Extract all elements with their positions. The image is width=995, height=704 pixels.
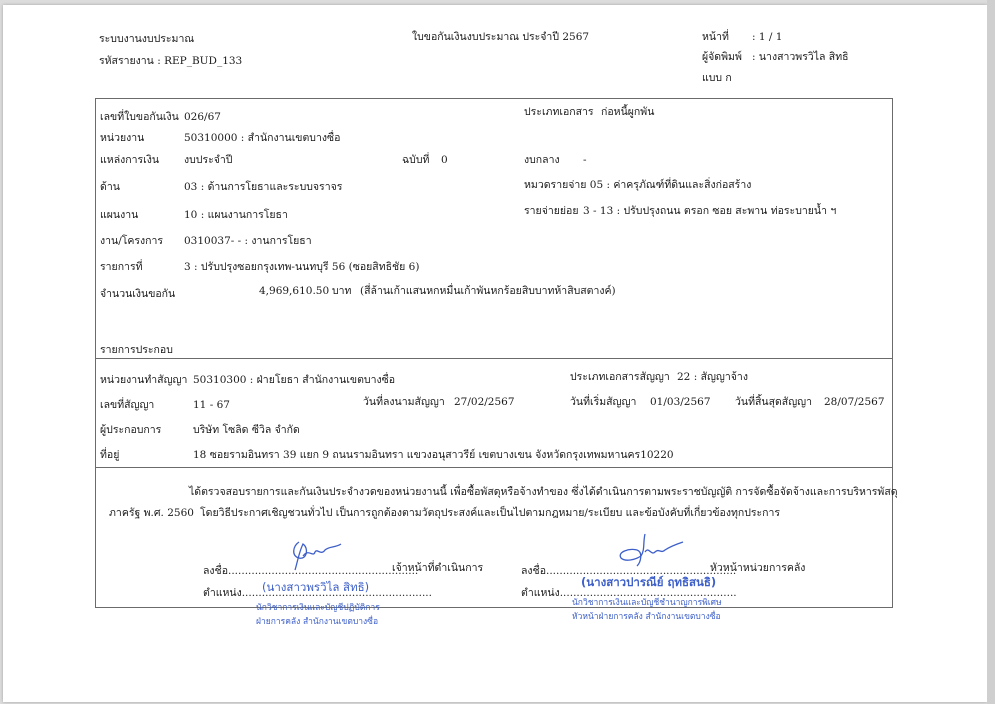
form-type: แบบ ก (702, 72, 732, 85)
section-divider (95, 358, 892, 359)
fund-source-label: แหล่งการเงิน (100, 154, 159, 167)
sign-date: 27/02/2567 (454, 396, 515, 409)
role-right: หัวหน้าหน่วยการคลัง (710, 562, 805, 575)
sub-expense: 3 - 13 : ปรับปรุงถนน ตรอก ซอย สะพาน ท่อร… (583, 205, 836, 218)
request-no: 026/67 (184, 111, 221, 124)
section-divider (95, 467, 892, 468)
signer-name-right: (นางสาวปารณีย์ ฤทธิสนธิ) (581, 576, 716, 589)
document-title: ใบขอกันเงินงบประมาณ ประจำปี 2567 (412, 31, 589, 44)
contract-agency-label: หน่วยงานทำสัญญา (100, 374, 187, 387)
start-date: 01/03/2567 (650, 396, 711, 409)
certification-line-2: โดยวิธีประกาศเชิญชวนทั่วไป เป็นการถูกต้อ… (200, 507, 780, 520)
role-left: เจ้าหน้าที่ดำเนินการ (392, 562, 483, 575)
contractor: บริษัท โซลิด ซีวิล จำกัด (193, 424, 300, 437)
contract-no: 11 - 67 (193, 399, 230, 412)
contract-doc-type-label: ประเภทเอกสารสัญญา (570, 371, 670, 384)
amount-words: (สี่ล้านเก้าแสนหกหมื่นเก้าพันหกร้อยสิบบา… (360, 285, 616, 298)
viewer-edge (987, 0, 995, 704)
page-label: หน้าที่ (702, 31, 729, 44)
item: 3 : ปรับปรุงซอยกรุงเทพ-นนทบุรี 56 (ซอยสิ… (184, 261, 419, 274)
end-date: 28/07/2567 (824, 396, 885, 409)
fund-source: งบประจำปี (184, 154, 232, 167)
plan: 10 : แผนงานการโยธา (184, 209, 288, 222)
signer-name-left: (นางสาวพรวิไล สิทธิ) (262, 581, 369, 594)
certification-line-2-prefix: ภาครัฐ พ.ศ. 2560 (109, 507, 194, 520)
project: 0310037- - : งานการโยธา (184, 235, 312, 248)
amount-label: จำนวนเงินขอกัน (100, 288, 175, 301)
central-budget-label: งบกลาง (524, 154, 560, 167)
stamp-right-line-2: หัวหน้าฝ่ายการคลัง สำนักงานเขตบางซื่อ (572, 611, 721, 624)
address-label: ที่อยู่ (100, 449, 119, 462)
form-frame (95, 98, 893, 608)
agency-label: หน่วยงาน (100, 132, 144, 145)
aspect-label: ด้าน (100, 181, 120, 194)
contract-agency: 50310300 : ฝ่ายโยธา สำนักงานเขตบางซื่อ (193, 374, 395, 387)
request-no-label: เลขที่ใบขอกันเงิน (100, 111, 179, 124)
sub-expense-label: รายจ่ายย่อย (524, 205, 579, 218)
stamp-right-line-1: นักวิชาการเงินและบัญชีชำนาญการพิเศษ (572, 597, 722, 610)
agency: 50310000 : สำนักงานเขตบางซื่อ (184, 132, 340, 145)
stamp-left-line-2: ฝ่ายการคลัง สำนักงานเขตบางซื่อ (256, 616, 378, 629)
amount: 4,969,610.50 (259, 285, 329, 298)
contractor-label: ผู้ประกอบการ (100, 424, 161, 437)
stamp-left-line-1: นักวิชาการเงินและบัญชีปฏิบัติการ (256, 602, 380, 615)
item-label: รายการที่ (100, 261, 143, 274)
project-label: งาน/โครงการ (100, 235, 163, 248)
system-name: ระบบงานงบประมาณ (99, 33, 194, 46)
printed-by-label: ผู้จัดพิมพ์ (702, 51, 742, 64)
contract-doc-type: 22 : สัญญาจ้าง (677, 371, 748, 384)
doc-type-label: ประเภทเอกสาร (524, 106, 594, 119)
doc-type: ก่อหนี้ผูกพัน (601, 106, 654, 119)
contract-no-label: เลขที่สัญญา (100, 399, 154, 412)
page-number: : 1 / 1 (752, 31, 782, 44)
version-label: ฉบับที่ (402, 154, 429, 167)
central-budget: - (583, 154, 587, 167)
plan-label: แผนงาน (100, 209, 138, 222)
sign-date-label: วันที่ลงนามสัญญา (363, 396, 445, 409)
certification-line-1: ได้ตรวจสอบรายการและกันเงินประจำงวดของหน่… (189, 486, 898, 499)
report-code: รหัสรายงาน : REP_BUD_133 (99, 55, 242, 68)
document-page: ระบบงานงบประมาณ รหัสรายงาน : REP_BUD_133… (3, 5, 987, 702)
sign-label-left: ลงชื่อ..................................… (203, 565, 418, 578)
aspect: 03 : ด้านการโยธาและระบบจราจร (184, 181, 342, 194)
printed-by-value: : นางสาวพรวิไล สิทธิ (752, 51, 849, 64)
expense-category: หมวดรายจ่าย 05 : ค่าครุภัณฑ์ที่ดินและสิ่… (524, 179, 751, 192)
start-date-label: วันที่เริ่มสัญญา (570, 396, 636, 409)
address: 18 ซอยรามอินทรา 39 แยก 9 ถนนรามอินทรา แข… (193, 449, 674, 462)
components-label: รายการประกอบ (100, 344, 173, 357)
version: 0 (441, 154, 448, 167)
currency: บาท (332, 285, 351, 298)
end-date-label: วันที่สิ้นสุดสัญญา (735, 396, 812, 409)
